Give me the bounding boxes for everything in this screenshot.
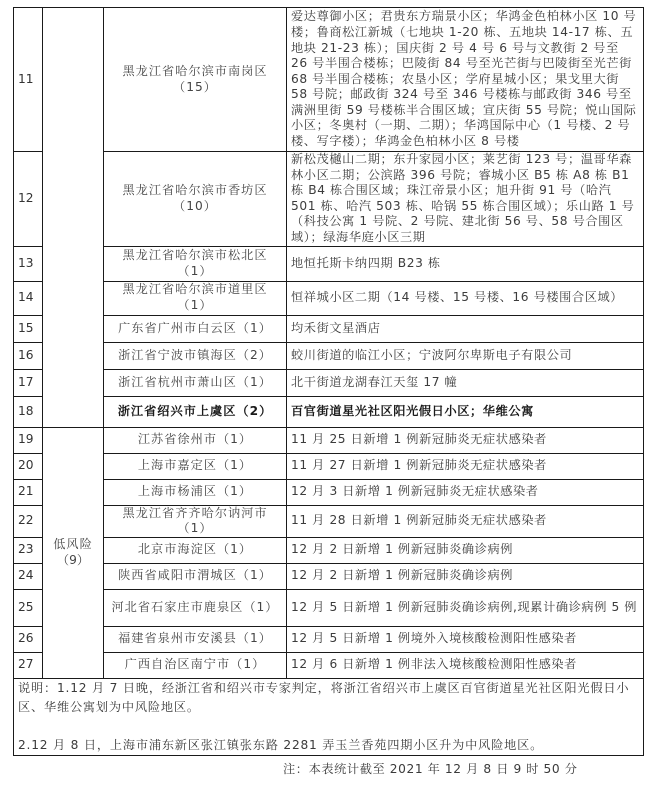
table-row: 13 黑龙江省哈尔滨市松北区（1） 地恒托斯卡纳四期 B23 栋 bbox=[14, 246, 644, 281]
row-number: 15 bbox=[14, 315, 43, 342]
note-1: 说明：1.12 月 7 日晚，经浙江省和绍兴市专家判定，将浙江省绍兴市上虞区百官… bbox=[18, 679, 639, 717]
region-cell: 上海市嘉定区（1） bbox=[104, 453, 287, 479]
region-cell: 黑龙江省哈尔滨市南岗区（15） bbox=[104, 8, 287, 152]
detail-cell: 12 月 5 日新增 1 例境外入境核酸检测阳性感染者 bbox=[287, 626, 644, 652]
region-cell: 福建省泉州市安溪县（1） bbox=[104, 626, 287, 652]
table-row: 22 黑龙江省齐齐哈尔讷河市（1） 11 月 28 日新增 1 例新冠肺炎无症状… bbox=[14, 505, 644, 537]
table-row: 14 黑龙江省哈尔滨市道里区（1） 恒祥城小区二期（14 号楼、15 号楼、16… bbox=[14, 281, 644, 315]
region-cell: 上海市杨浦区（1） bbox=[104, 479, 287, 505]
table-row: 26 福建省泉州市安溪县（1） 12 月 5 日新增 1 例境外入境核酸检测阳性… bbox=[14, 626, 644, 652]
detail-cell: 蛟川街道的临江小区；宁波阿尔卑斯电子有限公司 bbox=[287, 342, 644, 369]
risk-level-cell-continued bbox=[43, 8, 104, 428]
region-cell: 浙江省杭州市萧山区（1） bbox=[104, 369, 287, 396]
table-row: 23 北京市海淀区（1） 12 月 2 日新增 1 例新冠肺炎确诊病例 bbox=[14, 537, 644, 563]
risk-area-table-sheet: 11 黑龙江省哈尔滨市南岗区（15） 爱达尊御小区；君贵东方瑞景小区；华鸿金色柏… bbox=[13, 7, 643, 756]
region-cell: 广东省广州市白云区（1） bbox=[104, 315, 287, 342]
region-cell: 广西自治区南宁市（1） bbox=[104, 652, 287, 678]
table-row: 17 浙江省杭州市萧山区（1） 北干街道龙湖春江天玺 17 幢 bbox=[14, 369, 644, 396]
table-row: 16 浙江省宁波市镇海区（2） 蛟川街道的临江小区；宁波阿尔卑斯电子有限公司 bbox=[14, 342, 644, 369]
detail-cell: 12 月 6 日新增 1 例非法入境核酸检测阳性感染者 bbox=[287, 652, 644, 678]
detail-cell: 12 月 2 日新增 1 例新冠肺炎确诊病例 bbox=[287, 563, 644, 589]
table-row: 24 陕西省咸阳市渭城区（1） 12 月 2 日新增 1 例新冠肺炎确诊病例 bbox=[14, 563, 644, 589]
row-number: 24 bbox=[14, 563, 43, 589]
region-cell: 浙江省绍兴市上虞区（2） bbox=[104, 396, 287, 427]
detail-cell: 11 月 25 日新增 1 例新冠肺炎无症状感染者 bbox=[287, 427, 644, 453]
detail-cell: 均禾街文星酒店 bbox=[287, 315, 644, 342]
region-cell: 黑龙江省齐齐哈尔讷河市（1） bbox=[104, 505, 287, 537]
detail-cell: 12 月 2 日新增 1 例新冠肺炎确诊病例 bbox=[287, 537, 644, 563]
detail-cell: 12 月 5 日新增 1 例新冠肺炎确诊病例,现累计确诊病例 5 例 bbox=[287, 589, 644, 626]
region-cell: 黑龙江省哈尔滨市道里区（1） bbox=[104, 281, 287, 315]
region-cell: 河北省石家庄市鹿泉区（1） bbox=[104, 589, 287, 626]
row-number: 19 bbox=[14, 427, 43, 453]
row-number: 21 bbox=[14, 479, 43, 505]
region-cell: 浙江省宁波市镇海区（2） bbox=[104, 342, 287, 369]
table-row: 12 黑龙江省哈尔滨市香坊区（10） 新松茂樾山二期；东升家园小区；莱艺街 12… bbox=[14, 152, 644, 247]
row-number: 18 bbox=[14, 396, 43, 427]
risk-level-label: 低风险 bbox=[47, 537, 99, 553]
notes-row: 说明：1.12 月 7 日晚，经浙江省和绍兴市专家判定，将浙江省绍兴市上虞区百官… bbox=[14, 678, 644, 755]
region-cell: 北京市海淀区（1） bbox=[104, 537, 287, 563]
region-cell: 黑龙江省哈尔滨市松北区（1） bbox=[104, 246, 287, 281]
risk-level-cell-low: 低风险 （9） bbox=[43, 427, 104, 678]
detail-cell: 11 月 27 日新增 1 例新冠肺炎无症状感染者 bbox=[287, 453, 644, 479]
detail-cell: 11 月 28 日新增 1 例新冠肺炎无症状感染者 bbox=[287, 505, 644, 537]
row-number: 23 bbox=[14, 537, 43, 563]
row-number: 17 bbox=[14, 369, 43, 396]
statistics-cutoff-footnote: 注：本表统计截至 2021 年 12 月 8 日 9 时 50 分 bbox=[283, 760, 578, 777]
row-number: 12 bbox=[14, 152, 43, 247]
table-row: 27 广西自治区南宁市（1） 12 月 6 日新增 1 例非法入境核酸检测阳性感… bbox=[14, 652, 644, 678]
detail-cell: 百官街道星光社区阳光假日小区；华维公寓 bbox=[287, 396, 644, 427]
table-row: 11 黑龙江省哈尔滨市南岗区（15） 爱达尊御小区；君贵东方瑞景小区；华鸿金色柏… bbox=[14, 8, 644, 152]
row-number: 20 bbox=[14, 453, 43, 479]
table-row: 25 河北省石家庄市鹿泉区（1） 12 月 5 日新增 1 例新冠肺炎确诊病例,… bbox=[14, 589, 644, 626]
row-number: 22 bbox=[14, 505, 43, 537]
table-row: 20 上海市嘉定区（1） 11 月 27 日新增 1 例新冠肺炎无症状感染者 bbox=[14, 453, 644, 479]
risk-area-table: 11 黑龙江省哈尔滨市南岗区（15） 爱达尊御小区；君贵东方瑞景小区；华鸿金色柏… bbox=[13, 7, 644, 756]
row-number: 26 bbox=[14, 626, 43, 652]
row-number: 11 bbox=[14, 8, 43, 152]
detail-cell: 地恒托斯卡纳四期 B23 栋 bbox=[287, 246, 644, 281]
row-number: 13 bbox=[14, 246, 43, 281]
table-row-highlighted: 18 浙江省绍兴市上虞区（2） 百官街道星光社区阳光假日小区；华维公寓 bbox=[14, 396, 644, 427]
detail-cell: 爱达尊御小区；君贵东方瑞景小区；华鸿金色柏林小区 10 号楼；鲁商松江新城（七地… bbox=[287, 8, 644, 152]
region-cell: 陕西省咸阳市渭城区（1） bbox=[104, 563, 287, 589]
detail-cell: 12 月 3 日新增 1 例新冠肺炎无症状感染者 bbox=[287, 479, 644, 505]
table-row: 15 广东省广州市白云区（1） 均禾街文星酒店 bbox=[14, 315, 644, 342]
detail-cell: 北干街道龙湖春江天玺 17 幢 bbox=[287, 369, 644, 396]
region-cell: 江苏省徐州市（1） bbox=[104, 427, 287, 453]
table-row: 19 低风险 （9） 江苏省徐州市（1） 11 月 25 日新增 1 例新冠肺炎… bbox=[14, 427, 644, 453]
region-cell: 黑龙江省哈尔滨市香坊区（10） bbox=[104, 152, 287, 247]
note-2: 2.12 月 8 日，上海市浦东新区张江镇张东路 2281 弄玉兰香苑四期小区升… bbox=[18, 736, 639, 755]
detail-cell: 新松茂樾山二期；东升家园小区；莱艺街 123 号；温哥华森林小区二期；公滨路 3… bbox=[287, 152, 644, 247]
row-number: 16 bbox=[14, 342, 43, 369]
table-row: 21 上海市杨浦区（1） 12 月 3 日新增 1 例新冠肺炎无症状感染者 bbox=[14, 479, 644, 505]
detail-cell: 恒祥城小区二期（14 号楼、15 号楼、16 号楼围合区域） bbox=[287, 281, 644, 315]
row-number: 14 bbox=[14, 281, 43, 315]
row-number: 25 bbox=[14, 589, 43, 626]
risk-level-count: （9） bbox=[47, 553, 99, 569]
notes-cell: 说明：1.12 月 7 日晚，经浙江省和绍兴市专家判定，将浙江省绍兴市上虞区百官… bbox=[14, 678, 644, 755]
row-number: 27 bbox=[14, 652, 43, 678]
